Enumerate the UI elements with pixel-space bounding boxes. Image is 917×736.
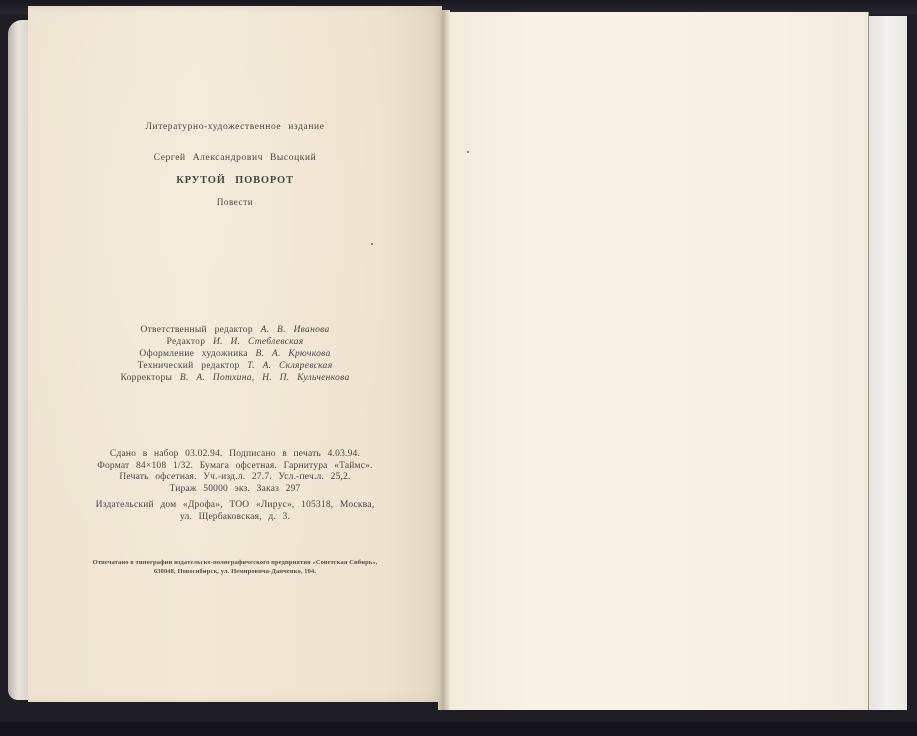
genre: Повести <box>28 197 442 207</box>
imprint-line: Тираж 50000 экз. Заказ 297 <box>28 484 442 496</box>
publisher-line: ул. Щербаковская, д. 3. <box>28 512 442 524</box>
right-page-blank <box>449 12 869 710</box>
imprint-block: Сдано в набор 03.02.94. Подписано в печа… <box>28 449 442 495</box>
imprint-line: Печать офсетная. Уч.-изд.л. 27.7. Усл.-п… <box>28 472 442 484</box>
page-stack-edge <box>8 20 30 700</box>
dust-speck <box>467 151 469 153</box>
edition-type: Литературно-художественное издание <box>28 122 442 132</box>
credit-row: Корректоры В. А. Потхина, Н. П. Кульченк… <box>28 372 442 384</box>
credits-list: Ответственный редактор А. В. Иванова Ред… <box>28 324 442 384</box>
credit-row: Редактор И. И. Стеблевская <box>28 336 442 348</box>
credit-row: Ответственный редактор А. В. Иванова <box>28 324 442 336</box>
dust-speck <box>371 243 373 245</box>
imprint-line: Формат 84×108 1/32. Бумага офсетная. Гар… <box>28 461 442 473</box>
printer-line: 630048, Новосибирск, ул. Немировича-Данч… <box>28 568 442 577</box>
book-title: КРУТОЙ ПОВОРОТ <box>28 175 442 186</box>
publisher-block: Издательский дом «Дрофа», ТОО «Лирус», 1… <box>28 500 442 523</box>
imprint-line: Сдано в набор 03.02.94. Подписано в печа… <box>28 449 442 461</box>
author-name: Сергей Александрович Высоцкий <box>28 153 442 163</box>
back-cover-edge <box>868 16 907 710</box>
background-bottom <box>0 722 917 736</box>
credit-row: Оформление художника В. А. Крючкова <box>28 348 442 360</box>
printer-line: Отпечатано в типографии издательско-поли… <box>28 559 442 568</box>
printer-block: Отпечатано в типографии издательско-поли… <box>28 559 442 576</box>
book-photo: Литературно-художественное издание Серге… <box>0 0 917 736</box>
credit-row: Технический редактор Т. А. Скляревская <box>28 360 442 372</box>
publisher-line: Издательский дом «Дрофа», ТОО «Лирус», 1… <box>28 500 442 512</box>
